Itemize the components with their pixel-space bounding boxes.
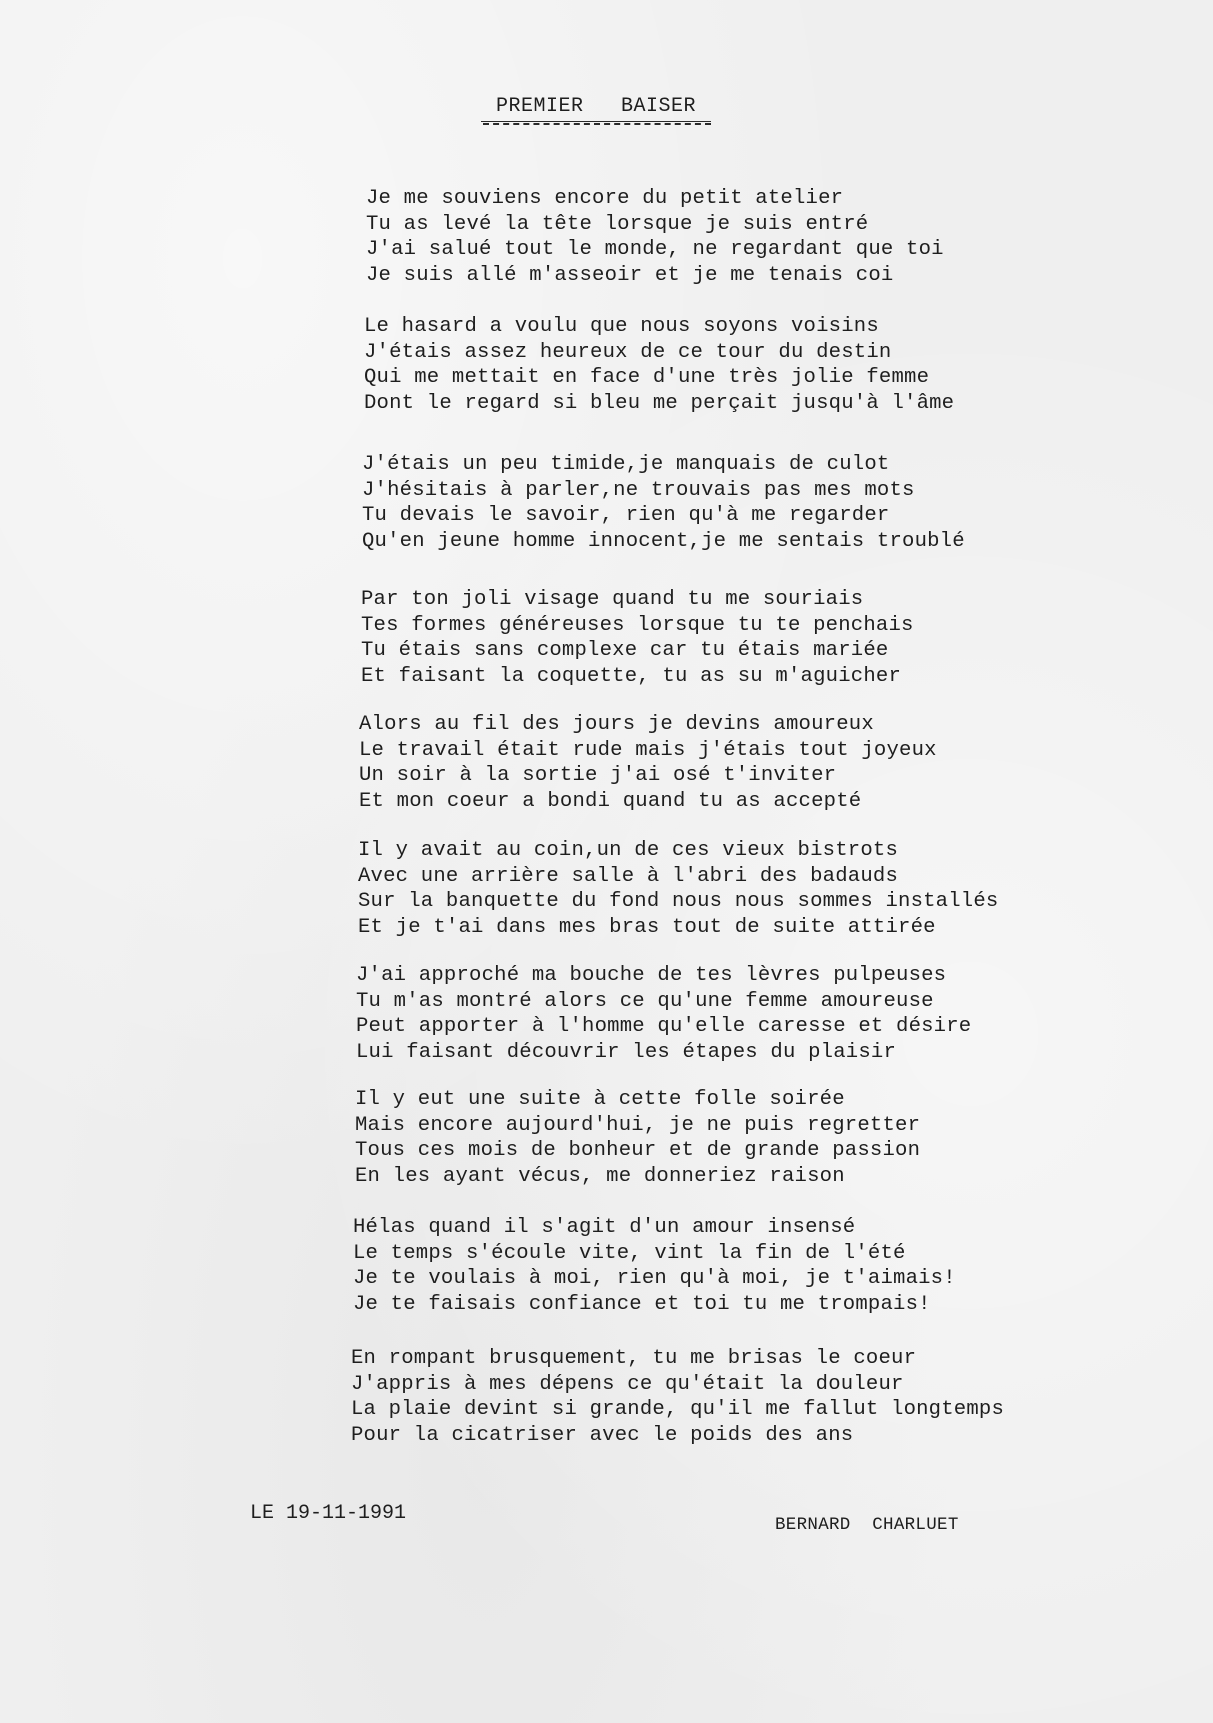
date-line: LE 19-11-1991 (250, 1502, 406, 1525)
author-signature: BERNARD CHARLUET (775, 1515, 959, 1535)
stanza: Alors au fil des jours je devins amoureu… (359, 712, 937, 814)
verse-line: Tu étais sans complexe car tu étais mari… (361, 638, 914, 664)
typed-poem-page: PREMIER BAISER Je me souviens encore du … (0, 0, 1213, 1723)
verse-line: Tes formes généreuses lorsque tu te penc… (361, 613, 914, 639)
verse-line: Sur la banquette du fond nous nous somme… (358, 889, 998, 915)
stanza: Je me souviens encore du petit atelierTu… (366, 186, 944, 288)
stanza: Hélas quand il s'agit d'un amour insensé… (353, 1215, 956, 1317)
verse-line: Je te faisais confiance et toi tu me tro… (353, 1292, 956, 1318)
verse-line: Mais encore aujourd'hui, je ne puis regr… (355, 1113, 920, 1139)
verse-line: En les ayant vécus, me donneriez raison (355, 1164, 920, 1190)
verse-line: Et mon coeur a bondi quand tu as accepté (359, 789, 937, 815)
title-underline (481, 121, 711, 126)
verse-line: J'étais un peu timide,je manquais de cul… (362, 452, 965, 478)
verse-line: Qui me mettait en face d'une très jolie … (364, 365, 954, 391)
stanza: J'étais un peu timide,je manquais de cul… (362, 452, 965, 554)
verse-line: Tu devais le savoir, rien qu'à me regard… (362, 503, 965, 529)
verse-line: Et je t'ai dans mes bras tout de suite a… (358, 915, 998, 941)
stanza: Par ton joli visage quand tu me souriais… (361, 587, 914, 689)
verse-line: Un soir à la sortie j'ai osé t'inviter (359, 763, 937, 789)
verse-line: Et faisant la coquette, tu as su m'aguic… (361, 664, 914, 690)
stanza: J'ai approché ma bouche de tes lèvres pu… (356, 963, 971, 1065)
verse-line: Je suis allé m'asseoir et je me tenais c… (366, 263, 944, 289)
verse-line: Avec une arrière salle à l'abri des bada… (358, 864, 998, 890)
verse-line: Qu'en jeune homme innocent,je me sentais… (362, 529, 965, 555)
verse-line: Tous ces mois de bonheur et de grande pa… (355, 1138, 920, 1164)
verse-line: Le travail était rude mais j'étais tout … (359, 738, 937, 764)
verse-line: Pour la cicatriser avec le poids des ans (351, 1423, 1004, 1449)
verse-line: Hélas quand il s'agit d'un amour insensé (353, 1215, 956, 1241)
verse-line: Il y eut une suite à cette folle soirée (355, 1087, 920, 1113)
verse-line: Tu m'as montré alors ce qu'une femme amo… (356, 989, 971, 1015)
verse-line: Il y avait au coin,un de ces vieux bistr… (358, 838, 998, 864)
stanza: Il y avait au coin,un de ces vieux bistr… (358, 838, 998, 940)
stanza: Il y eut une suite à cette folle soiréeM… (355, 1087, 920, 1189)
stanza: Le hasard a voulu que nous soyons voisin… (364, 314, 954, 416)
verse-line: J'appris à mes dépens ce qu'était la dou… (351, 1372, 1004, 1398)
verse-line: La plaie devint si grande, qu'il me fall… (351, 1397, 1004, 1423)
poem-title: PREMIER BAISER (481, 96, 711, 118)
verse-line: J'hésitais à parler,ne trouvais pas mes … (362, 478, 965, 504)
verse-line: Alors au fil des jours je devins amoureu… (359, 712, 937, 738)
verse-line: J'étais assez heureux de ce tour du dest… (364, 340, 954, 366)
verse-line: Dont le regard si bleu me perçait jusqu'… (364, 391, 954, 417)
verse-line: Je me souviens encore du petit atelier (366, 186, 944, 212)
stanza: En rompant brusquement, tu me brisas le … (351, 1346, 1004, 1448)
verse-line: J'ai approché ma bouche de tes lèvres pu… (356, 963, 971, 989)
verse-line: Lui faisant découvrir les étapes du plai… (356, 1040, 971, 1066)
verse-line: En rompant brusquement, tu me brisas le … (351, 1346, 1004, 1372)
verse-line: Le hasard a voulu que nous soyons voisin… (364, 314, 954, 340)
verse-line: Je te voulais à moi, rien qu'à moi, je t… (353, 1266, 956, 1292)
verse-line: Le temps s'écoule vite, vint la fin de l… (353, 1241, 956, 1267)
verse-line: Par ton joli visage quand tu me souriais (361, 587, 914, 613)
verse-line: Tu as levé la tête lorsque je suis entré (366, 212, 944, 238)
verse-line: Peut apporter à l'homme qu'elle caresse … (356, 1014, 971, 1040)
verse-line: J'ai salué tout le monde, ne regardant q… (366, 237, 944, 263)
